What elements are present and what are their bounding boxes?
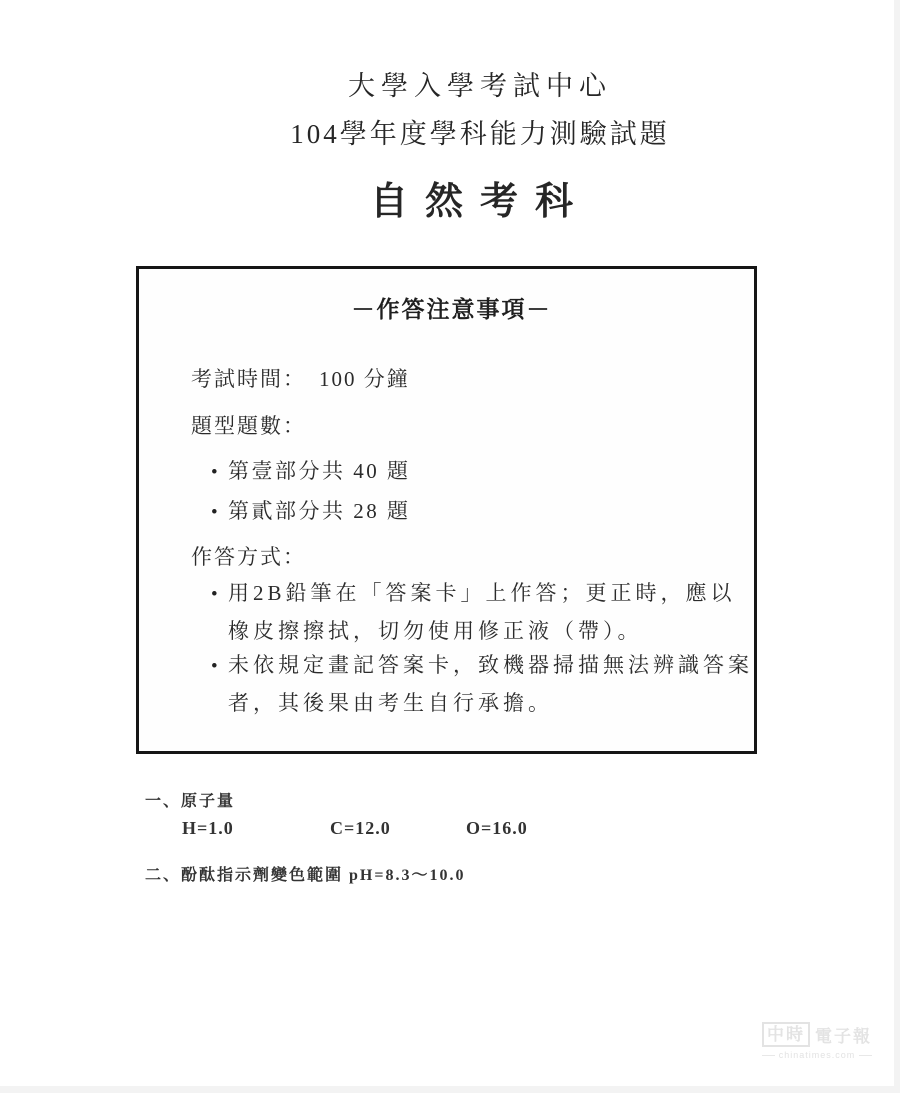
organization-title: 大學入學考試中心 — [60, 64, 900, 103]
instruction-text: 用2B鉛筆在「答案卡」上作答；更正時，應以 — [228, 581, 736, 605]
scan-edge-right — [894, 0, 900, 1093]
exam-title: 104學年度學科能力測驗試題 — [60, 112, 900, 151]
answer-notice-box: －作答注意事項－ 考試時間：100 分鐘 題型題數： •第壹部分共 40 題 •… — [136, 266, 757, 754]
exam-time-value: 100 分鐘 — [319, 367, 410, 391]
instruction-text: 橡皮擦擦拭，切勿使用修正液（帶）。 — [211, 613, 756, 649]
answer-instruction-item: •未依規定畫記答案卡，致機器掃描無法辨識答案 者，其後果由考生自行承擔。 — [211, 647, 756, 721]
atomic-weight-c: C=12.0 — [330, 818, 391, 839]
question-count-item: •第壹部分共 40 題 — [211, 455, 411, 485]
notice-heading: －作答注意事項－ — [149, 291, 754, 324]
exam-cover-page: 大學入學考試中心 104學年度學科能力測驗試題 自然考科 －作答注意事項－ 考試… — [0, 0, 900, 1093]
instruction-line: •用2B鉛筆在「答案卡」上作答；更正時，應以 — [211, 575, 756, 613]
answer-instruction-item: •用2B鉛筆在「答案卡」上作答；更正時，應以 橡皮擦擦拭，切勿使用修正液（帶）。 — [211, 575, 756, 649]
watermark-rule-right — [859, 1055, 872, 1056]
exam-time-row: 考試時間：100 分鐘 — [191, 363, 410, 393]
bullet-icon: • — [211, 577, 228, 613]
bullet-icon: • — [211, 502, 228, 524]
watermark-brand: 中時 — [762, 1022, 810, 1047]
bullet-icon: • — [211, 462, 228, 484]
watermark-brand-suffix: 電子報 — [815, 1022, 872, 1047]
watermark-domain-row: chinatimes.com — [762, 1050, 872, 1060]
instruction-text: 未依規定畫記答案卡，致機器掃描無法辨識答案 — [228, 653, 753, 677]
note-atomic-weights-label: 一、原子量 — [145, 788, 235, 811]
question-count-text: 第貳部分共 28 題 — [228, 499, 411, 523]
scan-edge-bottom — [0, 1086, 900, 1093]
exam-time-label: 考試時間： — [191, 367, 306, 391]
watermark-logo: 中時 電子報 — [762, 1022, 872, 1047]
answer-method-label: 作答方式： — [191, 541, 306, 571]
watermark-rule-left — [762, 1055, 775, 1056]
question-format-label: 題型題數： — [191, 410, 306, 440]
question-count-item: •第貳部分共 28 題 — [211, 495, 411, 525]
subject-title: 自然考科 — [60, 170, 900, 225]
note-ph-indicator-label: 二、酚酞指示劑變色範圍 pH=8.3～10.0 — [145, 862, 465, 885]
instruction-line: •未依規定畫記答案卡，致機器掃描無法辨識答案 — [211, 647, 756, 685]
atomic-weight-o: O=16.0 — [466, 818, 528, 839]
bullet-icon: • — [211, 649, 228, 685]
watermark: 中時 電子報 chinatimes.com — [762, 1022, 872, 1060]
watermark-domain: chinatimes.com — [779, 1050, 856, 1060]
instruction-text: 者，其後果由考生自行承擔。 — [211, 685, 756, 721]
atomic-weight-h: H=1.0 — [182, 818, 234, 839]
question-count-text: 第壹部分共 40 題 — [228, 459, 411, 483]
